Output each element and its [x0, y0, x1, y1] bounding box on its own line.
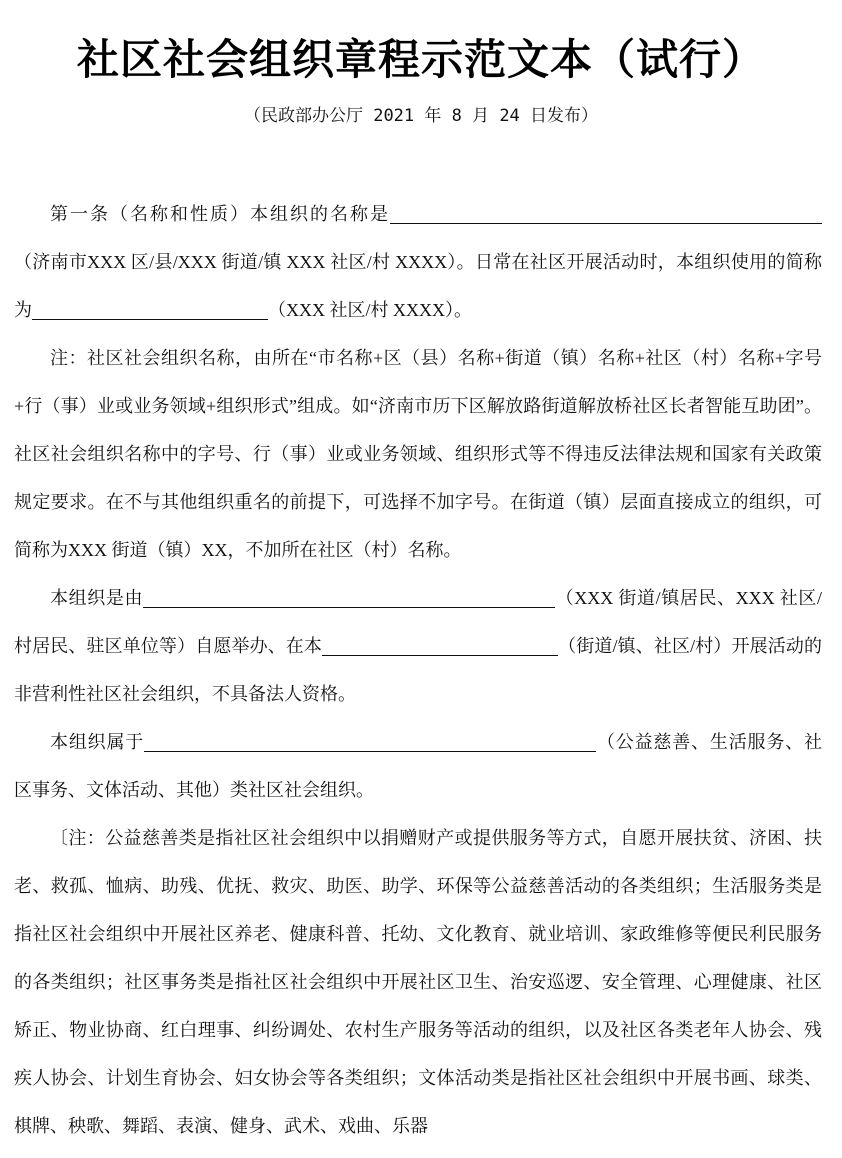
name-note-paragraph: 注：社区社会组织名称，由所在“市名称+区（县）名称+街道（镇）名称+社区（村）名… [14, 334, 822, 574]
article-1-paragraph: 第一条（名称和性质）本组织的名称是（济南市XXX 区/县/XXX 街道/镇 XX… [14, 190, 822, 334]
category-paragraph: 本组织属于（公益慈善、生活服务、社区事务、文体活动、其他）类社区社会组织。 [14, 718, 822, 814]
document-title: 社区社会组织章程示范文本（试行） [0, 30, 842, 90]
category-note-paragraph: 〔注：公益慈善类是指社区社会组织中以捐赠财产或提供服务等方式，自愿开展扶贫、济困… [14, 814, 822, 1150]
category-text-before: 本组织属于 [50, 732, 144, 752]
org-short-name-blank [32, 299, 268, 320]
founder-paragraph: 本组织是由（XXX 街道/镇居民、XXX 社区/村居民、驻区单位等）自愿举办、在… [14, 574, 822, 718]
document-body: 第一条（名称和性质）本组织的名称是（济南市XXX 区/县/XXX 街道/镇 XX… [14, 190, 822, 1150]
article-1-text-after2: （XXX 社区/村 XXXX）。 [268, 300, 472, 320]
document-subtitle: （民政部办公厅 2021 年 8 月 24 日发布） [0, 102, 842, 130]
founder-blank [143, 587, 555, 608]
document-page: 社区社会组织章程示范文本（试行） （民政部办公厅 2021 年 8 月 24 日… [0, 0, 842, 1158]
org-name-blank [390, 203, 822, 224]
category-blank [144, 731, 596, 752]
article-1-text-before: 第一条（名称和性质）本组织的名称是 [50, 204, 390, 224]
area-blank [322, 635, 558, 656]
founder-text-before: 本组织是由 [50, 588, 143, 608]
